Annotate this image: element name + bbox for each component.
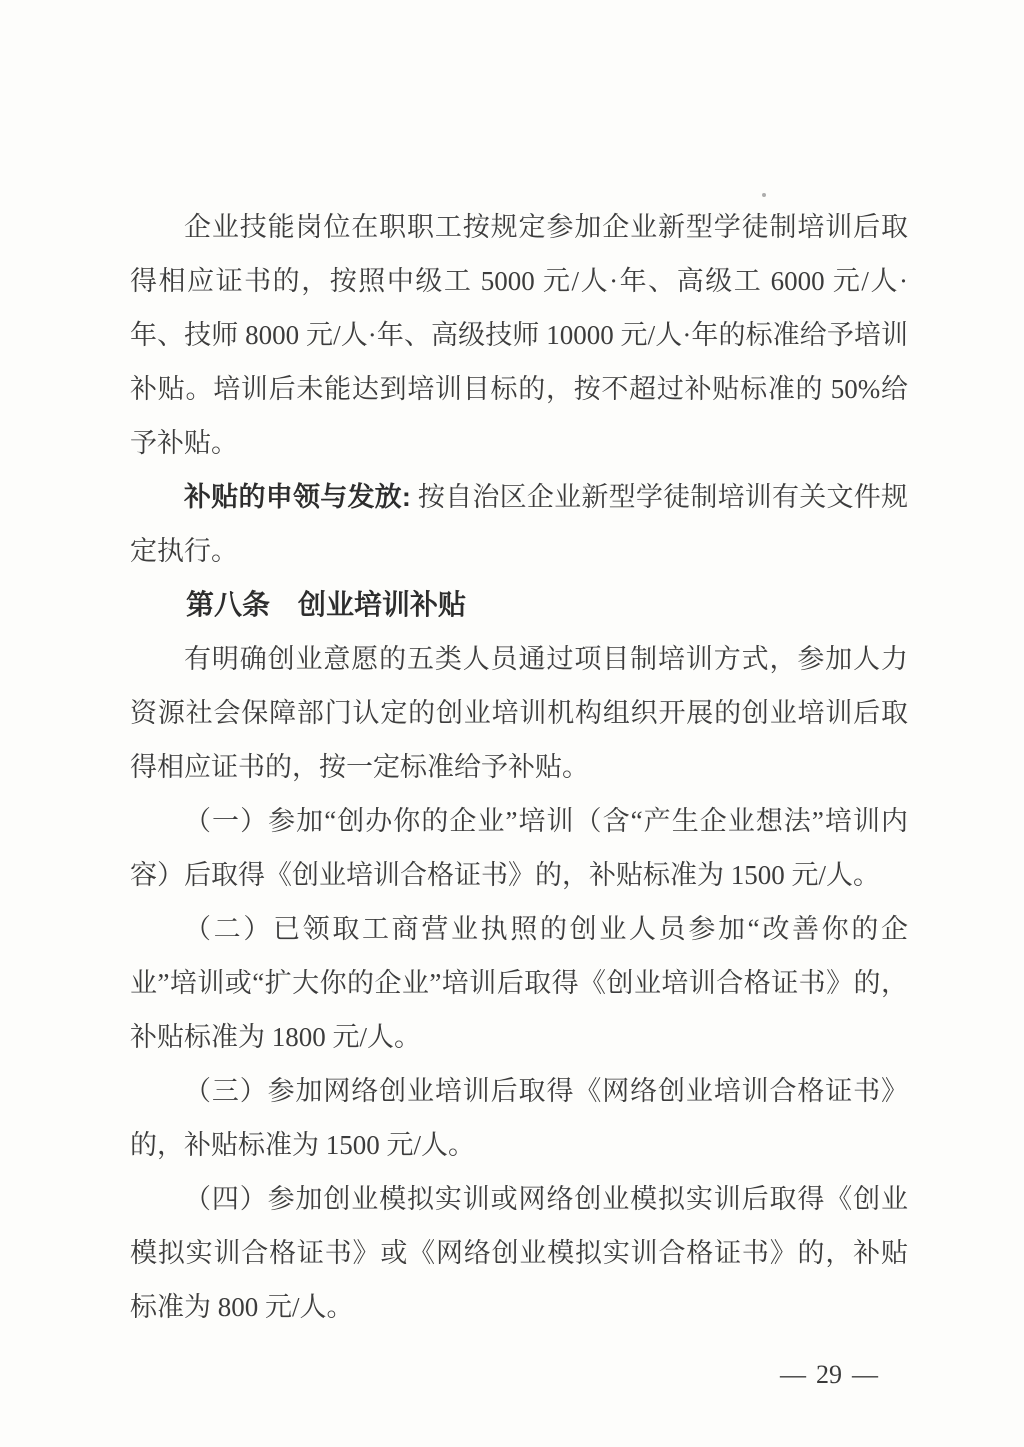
document-page: 企业技能岗位在职职工按规定参加企业新型学徒制培训后取得相应证书的，按照中级工 5… [0, 0, 1024, 1447]
article-title: 创业培训补贴 [298, 589, 466, 620]
paragraph-grant-disbursement: 补贴的申领与发放: 按自治区企业新型学徒制培训有关文件规定执行。 [130, 470, 908, 578]
list-item-two: （二）已领取工商营业执照的创业人员参加“改善你的企业”培训或“扩大你的企业”培训… [130, 902, 908, 1064]
list-item-three: （三）参加网络创业培训后取得《网络创业培训合格证书》的，补贴标准为 1500 元… [130, 1064, 908, 1172]
footer-dash-left: — [780, 1358, 806, 1392]
paragraph-lead-bold: 补贴的申领与发放: [184, 482, 411, 512]
footer-dash-right: — [852, 1358, 878, 1392]
article-number: 第八条 [186, 589, 270, 620]
paragraph-entrepreneurship-intro: 有明确创业意愿的五类人员通过项目制培训方式，参加人力资源社会保障部门认定的创业培… [130, 632, 908, 794]
page-footer: —29— [780, 1358, 878, 1392]
list-item-four: （四）参加创业模拟实训或网络创业模拟实训后取得《创业模拟实训合格证书》或《网络创… [130, 1172, 908, 1334]
page-number: 29 [816, 1358, 842, 1392]
scan-artifact-dot [762, 193, 766, 197]
document-body: 企业技能岗位在职职工按规定参加企业新型学徒制培训后取得相应证书的，按照中级工 5… [130, 200, 908, 1334]
list-item-one: （一）参加“创办你的企业”培训（含“产生企业想法”培训内容）后取得《创业培训合格… [130, 794, 908, 902]
article-8-heading: 第八条创业培训补贴 [130, 578, 908, 632]
paragraph-apprentice-subsidy: 企业技能岗位在职职工按规定参加企业新型学徒制培训后取得相应证书的，按照中级工 5… [130, 200, 908, 470]
